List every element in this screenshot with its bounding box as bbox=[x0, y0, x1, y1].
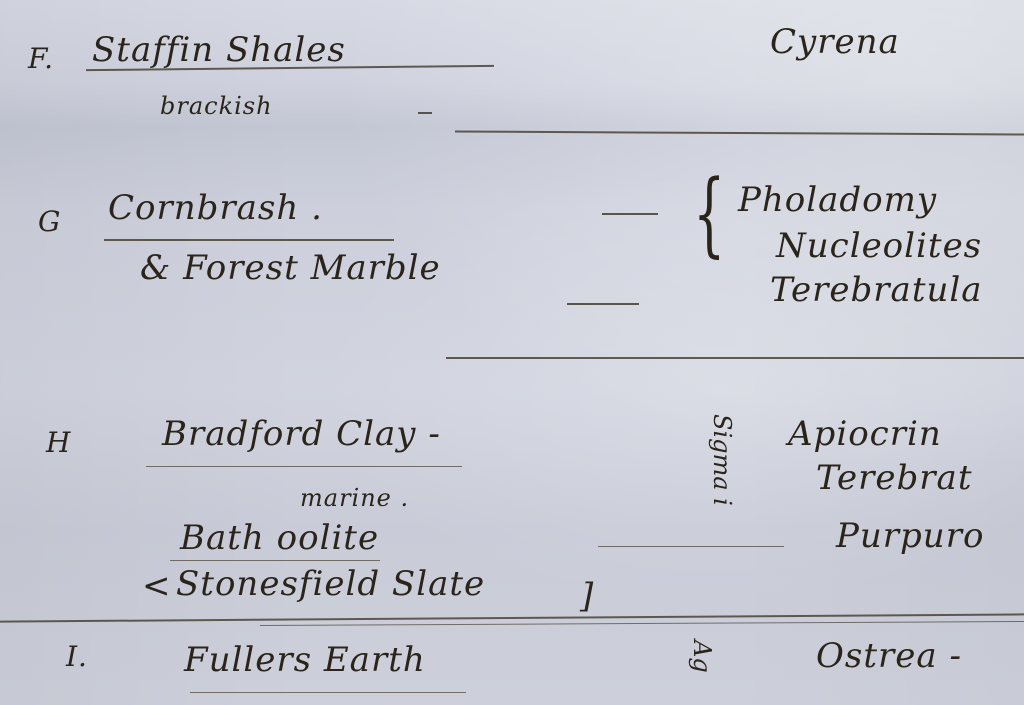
stratum-f-note: brackish bbox=[160, 92, 273, 120]
stratum-h-vertical-note: Sigma i bbox=[708, 414, 736, 506]
stratum-g-fossil-1: Pholadomy bbox=[738, 180, 937, 220]
stratum-g-formation: Cornbrash . bbox=[108, 188, 323, 228]
dash-mark bbox=[602, 213, 658, 215]
angle-bracket-left: < bbox=[142, 566, 171, 606]
stratum-g-letter: G bbox=[38, 205, 61, 238]
stratum-i-letter: I. bbox=[66, 640, 88, 673]
side-rule bbox=[598, 546, 784, 547]
stratum-i-vertical-note: Ag bbox=[688, 640, 716, 673]
stratum-h-underline bbox=[146, 466, 462, 467]
stratum-h-fossil-1: Apiocrin bbox=[788, 414, 942, 454]
stratum-f-fossil: Cyrena bbox=[770, 22, 900, 62]
stratum-h-note: marine . bbox=[300, 484, 409, 512]
stratum-i-formation: Fullers Earth bbox=[184, 640, 426, 680]
stratum-i-fossil: Ostrea - bbox=[816, 636, 962, 676]
manuscript-page: F. Staffin Shales brackish Cyrena G Corn… bbox=[0, 0, 1024, 705]
stratum-h-fossil-2: Terebrat bbox=[816, 458, 972, 498]
bracket-brace: { bbox=[693, 168, 725, 260]
stratum-h-fossil-3: Purpuro bbox=[836, 516, 984, 556]
dash-mark bbox=[418, 112, 432, 114]
stratum-h-subformation-1: Bath oolite bbox=[180, 518, 379, 558]
stratum-g-subformation: & Forest Marble bbox=[140, 248, 441, 288]
angle-bracket-right: ] bbox=[580, 576, 593, 616]
divider-g-h bbox=[446, 357, 1024, 359]
stratum-f-formation: Staffin Shales bbox=[92, 30, 346, 70]
stratum-h-sub-underline bbox=[170, 560, 380, 561]
stratum-h-letter: H bbox=[46, 426, 71, 459]
stratum-h-subformation-2: Stonesfield Slate bbox=[176, 564, 485, 604]
stratum-g-fossil-2: Nucleolites bbox=[776, 226, 982, 266]
divider-f-g bbox=[455, 131, 1024, 136]
stratum-i-underline bbox=[190, 692, 466, 693]
stratum-f-letter: F. bbox=[28, 42, 54, 75]
stratum-g-underline bbox=[104, 239, 394, 241]
stratum-h-formation: Bradford Clay - bbox=[162, 414, 441, 454]
divider-h-i-double bbox=[260, 621, 1024, 626]
stratum-g-fossil-3: Terebratula bbox=[770, 270, 983, 310]
dash-mark bbox=[567, 303, 639, 305]
